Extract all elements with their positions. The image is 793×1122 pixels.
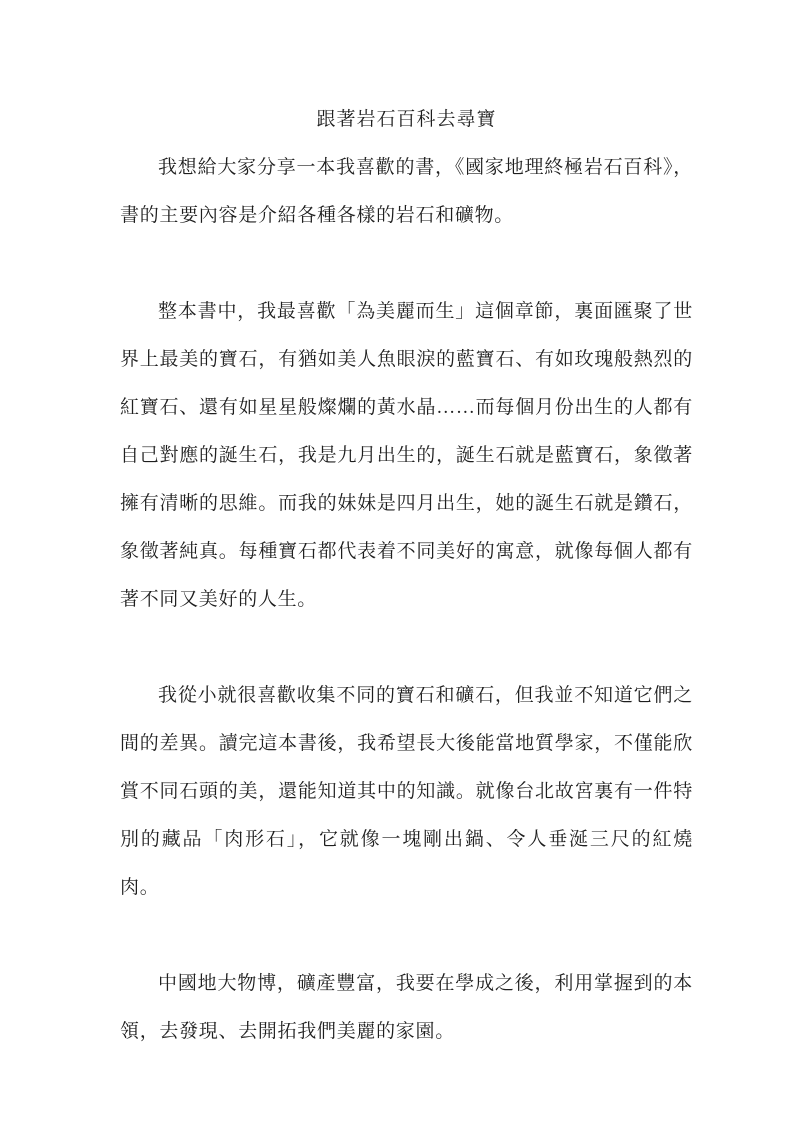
paragraph-1: 我想給大家分享一本我喜歡的書，《國家地理終極岩石百科》，書的主要內容是介紹各種各…	[120, 144, 693, 240]
document-title: 跟著岩石百科去尋寶	[120, 96, 693, 144]
paragraph-2: 整本書中，我最喜歡「為美麗而生」這個章節，裏面匯聚了世界上最美的寶石，有猶如美人…	[120, 288, 693, 624]
paragraph-3: 我從小就很喜歡收集不同的寶石和礦石，但我並不知道它們之間的差異。讀完這本書後，我…	[120, 672, 693, 912]
paragraph-4: 中國地大物博，礦產豐富，我要在學成之後，利用掌握到的本領，去發現、去開拓我們美麗…	[120, 960, 693, 1056]
document-body: 跟著岩石百科去尋寶 我想給大家分享一本我喜歡的書，《國家地理終極岩石百科》，書的…	[120, 96, 693, 1056]
document-page: 跟著岩石百科去尋寶 我想給大家分享一本我喜歡的書，《國家地理終極岩石百科》，書的…	[0, 0, 793, 1122]
